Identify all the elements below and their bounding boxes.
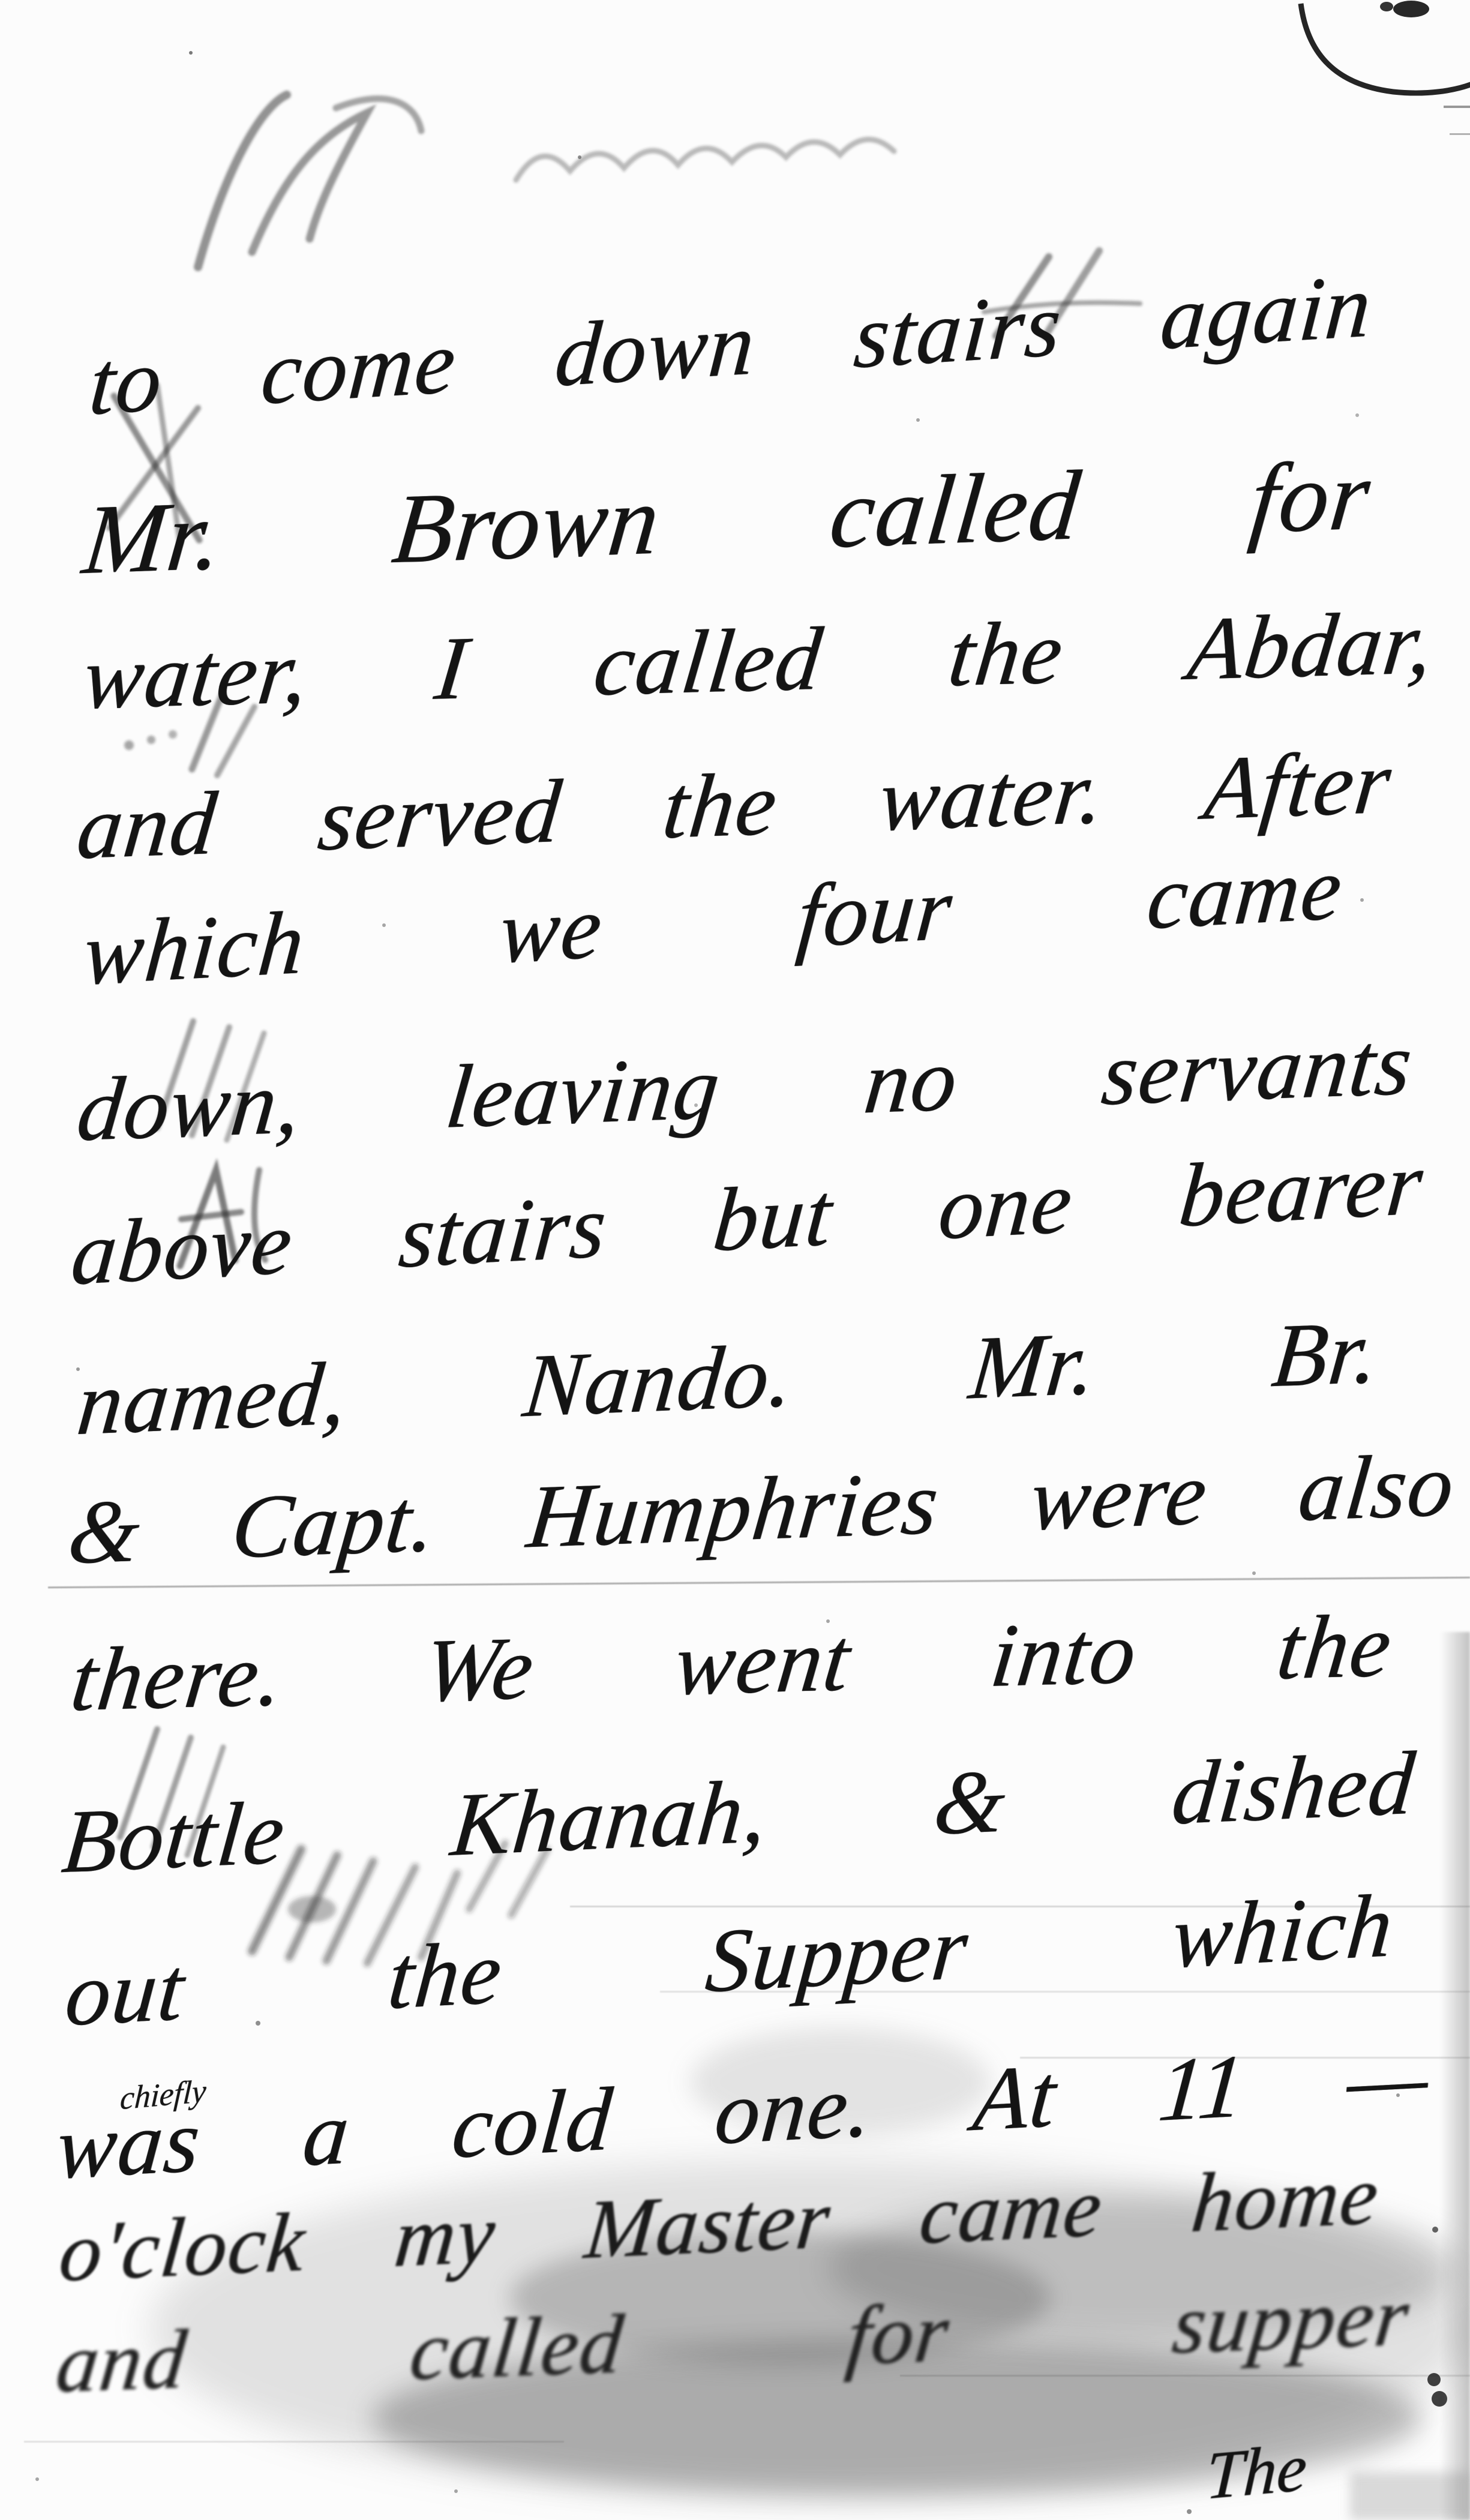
- scan-streak: [24, 2441, 564, 2443]
- edge-noise-band: [1350, 2472, 1470, 2520]
- manuscript-line: named, Nando. Mr. Br.: [73, 1295, 1385, 1460]
- manuscript-line: to come down stairs again: [86, 250, 1376, 441]
- ink-blot: [1427, 2227, 1447, 2407]
- page-curl-mark: [1301, 1, 1470, 135]
- manuscript-line: there. We went into the: [65, 1589, 1398, 1737]
- manuscript-line: Mr. Brown called for: [77, 433, 1376, 602]
- manuscript-line: Bottle Khanah, & dished: [58, 1727, 1420, 1899]
- manuscript-page: to come down stairs again Mr. Brown call…: [0, 0, 1470, 2520]
- manuscript-line: water, I called the Abdar,: [77, 587, 1440, 735]
- interlinear-insertion: chiefly: [119, 2072, 208, 2117]
- manuscript-line: out the Supper which: [61, 1870, 1398, 2053]
- edge-noise-band: [1440, 1632, 1470, 2520]
- catchword: The: [1204, 2429, 1309, 2516]
